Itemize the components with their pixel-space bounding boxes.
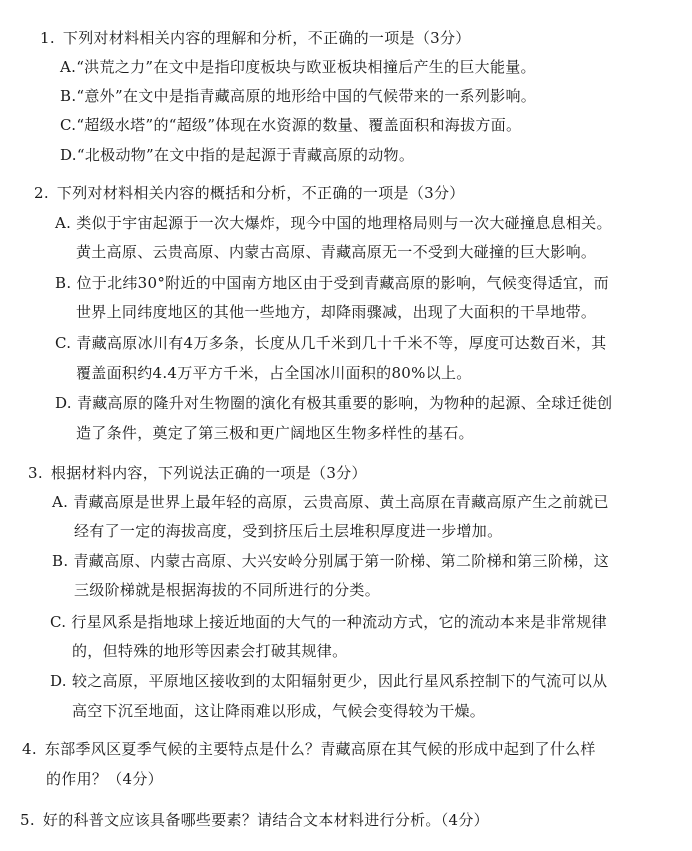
- q2-option-d: D. 青藏高原的隆升对生物圈的演化有极其重要的影响，为物种的起源、全球迁徙创: [55, 394, 612, 412]
- question-number: 2.: [34, 184, 49, 202]
- question-number: 3.: [28, 464, 43, 482]
- q3-option-a-cont: 经有了一定的海拔高度，受到挤压后土层堆积厚度进一步增加。: [74, 522, 502, 540]
- question-5: 5.好的科普文应该具备哪些要素？请结合文本材料进行分析。（4分）: [20, 811, 489, 829]
- q3-option-c-cont: 的，但特殊的地形等因素会打破其规律。: [72, 642, 347, 660]
- q3-option-d: D. 较之高原，平原地区接收到的太阳辐射更少，因此行星风系控制下的气流可以从: [50, 672, 607, 690]
- q3-option-a: A. 青藏高原是世界上最年轻的高原，云贵高原、黄土高原在青藏高原产生之前就已: [52, 493, 609, 511]
- question-number: 5.: [20, 811, 35, 829]
- q1-option-b: B.“意外”在文中是指青藏高原的地形给中国的气候带来的一系列影响。: [60, 87, 536, 105]
- question-number: 4.: [22, 740, 37, 758]
- question-4-cont: 的作用？（4分）: [46, 770, 163, 788]
- q2-option-b-cont: 世界上同纬度地区的其他一些地方，却降雨骤减，出现了大面积的干旱地带。: [76, 303, 596, 321]
- question-2-stem: 2.下列对材料相关内容的概括和分析，不正确的一项是（3分）: [34, 184, 465, 202]
- q2-option-c: C. 青藏高原冰川有4万多条，长度从几千米到几十千米不等，厚度可达数百米，其: [55, 334, 606, 352]
- question-number: 1.: [40, 29, 55, 47]
- q3-option-c: C. 行星风系是指地球上接近地面的大气的一种流动方式，它的流动本来是非常规律: [50, 613, 607, 631]
- q3-option-b-cont: 三级阶梯就是根据海拔的不同所进行的分类。: [74, 581, 380, 599]
- q1-option-d: D.“北极动物”在文中指的是起源于青藏高原的动物。: [60, 146, 414, 164]
- question-3-stem: 3.根据材料内容，下列说法正确的一项是（3分）: [28, 464, 367, 482]
- q2-option-a-cont: 黄土高原、云贵高原、内蒙古高原、青藏高原无一不受到大碰撞的巨大影响。: [76, 243, 596, 261]
- q1-option-a: A.“洪荒之力”在文中是指印度板块与欧亚板块相撞后产生的巨大能量。: [60, 58, 536, 76]
- question-4: 4.东部季风区夏季气候的主要特点是什么？青藏高原在其气候的形成中起到了什么样: [22, 740, 596, 758]
- q1-option-c: C.“超级水塔”的“超级”体现在水资源的数量、覆盖面积和海拔方面。: [60, 116, 521, 134]
- q2-option-d-cont: 造了条件，奠定了第三极和更广阔地区生物多样性的基石。: [76, 424, 474, 442]
- q2-option-a: A. 类似于宇宙起源于一次大爆炸，现今中国的地理格局则与一次大碰撞息息相关。: [55, 214, 612, 232]
- q2-option-c-cont: 覆盖面积约4.4万平方千米，占全国冰川面积的80%以上。: [76, 364, 472, 382]
- question-1-stem: 1.下列对材料相关内容的理解和分析，不正确的一项是（3分）: [40, 29, 471, 47]
- q2-option-b: B. 位于北纬30°附近的中国南方地区由于受到青藏高原的影响，气候变得适宜，而: [55, 274, 609, 292]
- q3-option-b: B. 青藏高原、内蒙古高原、大兴安岭分别属于第一阶梯、第二阶梯和第三阶梯，这: [52, 552, 609, 570]
- q3-option-d-cont: 高空下沉至地面，这让降雨难以形成，气候会变得较为干燥。: [72, 702, 485, 720]
